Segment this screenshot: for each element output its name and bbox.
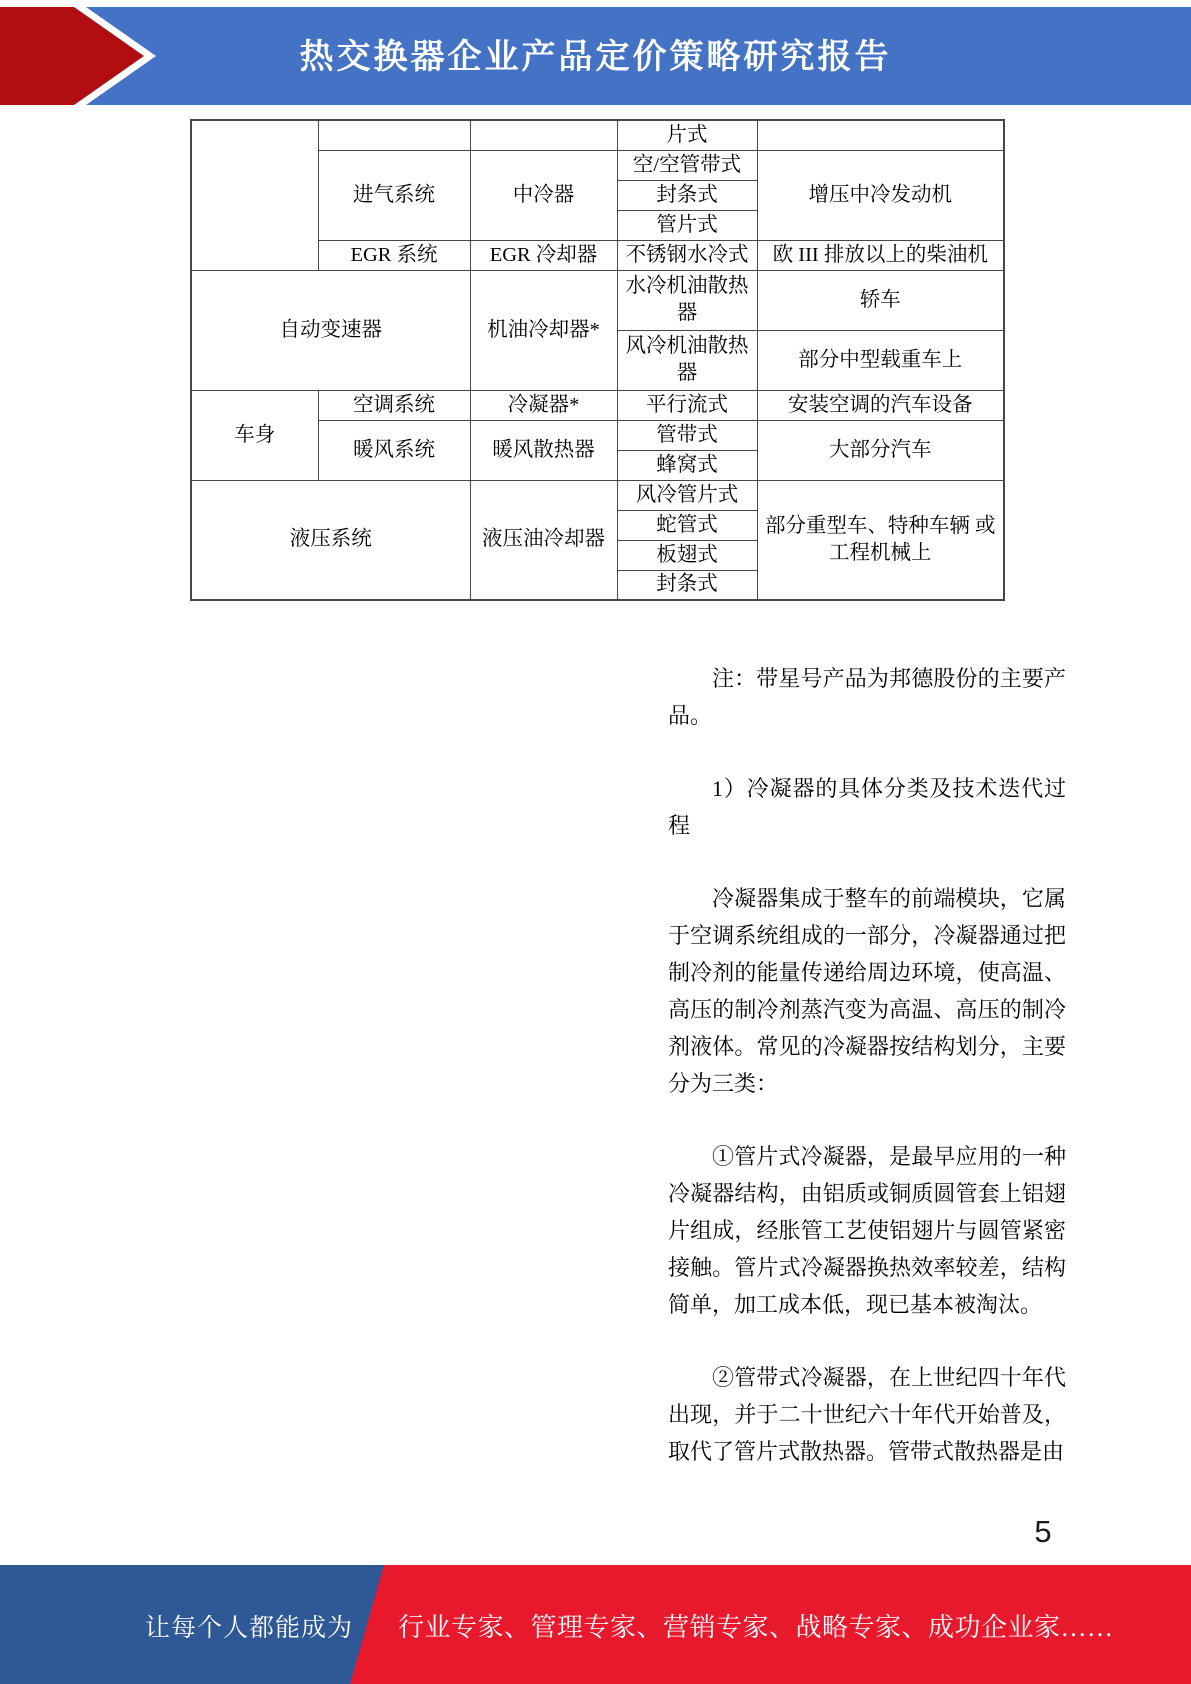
table-cell: 液压系统 [191,480,470,600]
table-cell: 片式 [617,120,757,150]
footer-slogan-left: 让每个人都能成为 [145,1611,353,1647]
table-cell: 风冷管片式 [617,480,757,510]
table-cell: 增压中冷发动机 [757,150,1004,240]
table-cell: 水冷机油散热器 [617,270,757,330]
table-cell: 管片式 [617,210,757,240]
table-cell [191,120,318,270]
table-row: 自动变速器机油冷却器*水冷机油散热器轿车 [191,270,1004,330]
paragraph: ②管带式冷凝器，在上世纪四十年代出现，并于二十世纪六十年代开始普及，取代了管片式… [668,1359,1066,1470]
table-cell: 液压油冷却器 [470,480,617,600]
table-cell: EGR 系统 [318,240,470,270]
table-cell: 车身 [191,390,318,480]
paragraph: ①管片式冷凝器，是最早应用的一种冷凝器结构，由铝质或铜质圆管套上铝翅片组成，经胀… [668,1138,1066,1323]
table-cell: 部分重型车、特种车辆 或工程机械上 [757,480,1004,600]
table-cell [318,120,470,150]
paragraph: 冷凝器集成于整车的前端模块，它属于空调系统组成的一部分，冷凝器通过把制冷剂的能量… [668,880,1066,1102]
table-cell: 空/空管带式 [617,150,757,180]
table-cell: 空调系统 [318,390,470,420]
page-footer: 让每个人都能成为 行业专家、管理专家、营销专家、战略专家、成功企业家…… [0,1565,1191,1684]
table-cell: 封条式 [617,180,757,210]
body-text: 注：带星号产品为邦德股份的主要产品。1）冷凝器的具体分类及技术迭代过程冷凝器集成… [668,660,1066,1506]
table-cell: 暖风系统 [318,420,470,480]
page-title: 热交换器企业产品定价策略研究报告 [0,29,1191,78]
table-row: 片式 [191,120,1004,150]
table-cell: 冷凝器* [470,390,617,420]
table-cell: 蜂窝式 [617,450,757,480]
table-cell: EGR 冷却器 [470,240,617,270]
table-cell: 蛇管式 [617,510,757,540]
table-cell: 安装空调的汽车设备 [757,390,1004,420]
table-cell [757,120,1004,150]
table-cell: 轿车 [757,270,1004,330]
table-cell: 部分中型载重车上 [757,330,1004,390]
report-page: 热交换器企业产品定价策略研究报告 片式进气系统中冷器空/空管带式增压中冷发动机封… [0,0,1191,1684]
page-header: 热交换器企业产品定价策略研究报告 [0,7,1191,105]
paragraph: 注：带星号产品为邦德股份的主要产品。 [668,660,1066,734]
paragraph: 1）冷凝器的具体分类及技术迭代过程 [668,770,1066,844]
page-number: 5 [1028,1514,1058,1550]
table-row: 液压系统液压油冷却器风冷管片式部分重型车、特种车辆 或工程机械上 [191,480,1004,510]
table-cell: 平行流式 [617,390,757,420]
table-cell: 机油冷却器* [470,270,617,390]
table-cell: 板翅式 [617,540,757,570]
table-cell: 中冷器 [470,150,617,240]
table-cell: 风冷机油散热器 [617,330,757,390]
product-table-body: 片式进气系统中冷器空/空管带式增压中冷发动机封条式管片式EGR 系统EGR 冷却… [191,120,1004,600]
table-cell: 管带式 [617,420,757,450]
table-cell [470,120,617,150]
product-table: 片式进气系统中冷器空/空管带式增压中冷发动机封条式管片式EGR 系统EGR 冷却… [190,119,1005,601]
table-cell: 不锈钢水冷式 [617,240,757,270]
table-cell: 封条式 [617,570,757,600]
table-cell: 大部分汽车 [757,420,1004,480]
table-cell: 暖风散热器 [470,420,617,480]
table-cell: 欧 III 排放以上的柴油机 [757,240,1004,270]
table-cell: 进气系统 [318,150,470,240]
footer-slogan-right: 行业专家、管理专家、营销专家、战略专家、成功企业家…… [398,1610,1114,1646]
table-row: 车身空调系统冷凝器*平行流式安装空调的汽车设备 [191,390,1004,420]
table-cell: 自动变速器 [191,270,470,390]
